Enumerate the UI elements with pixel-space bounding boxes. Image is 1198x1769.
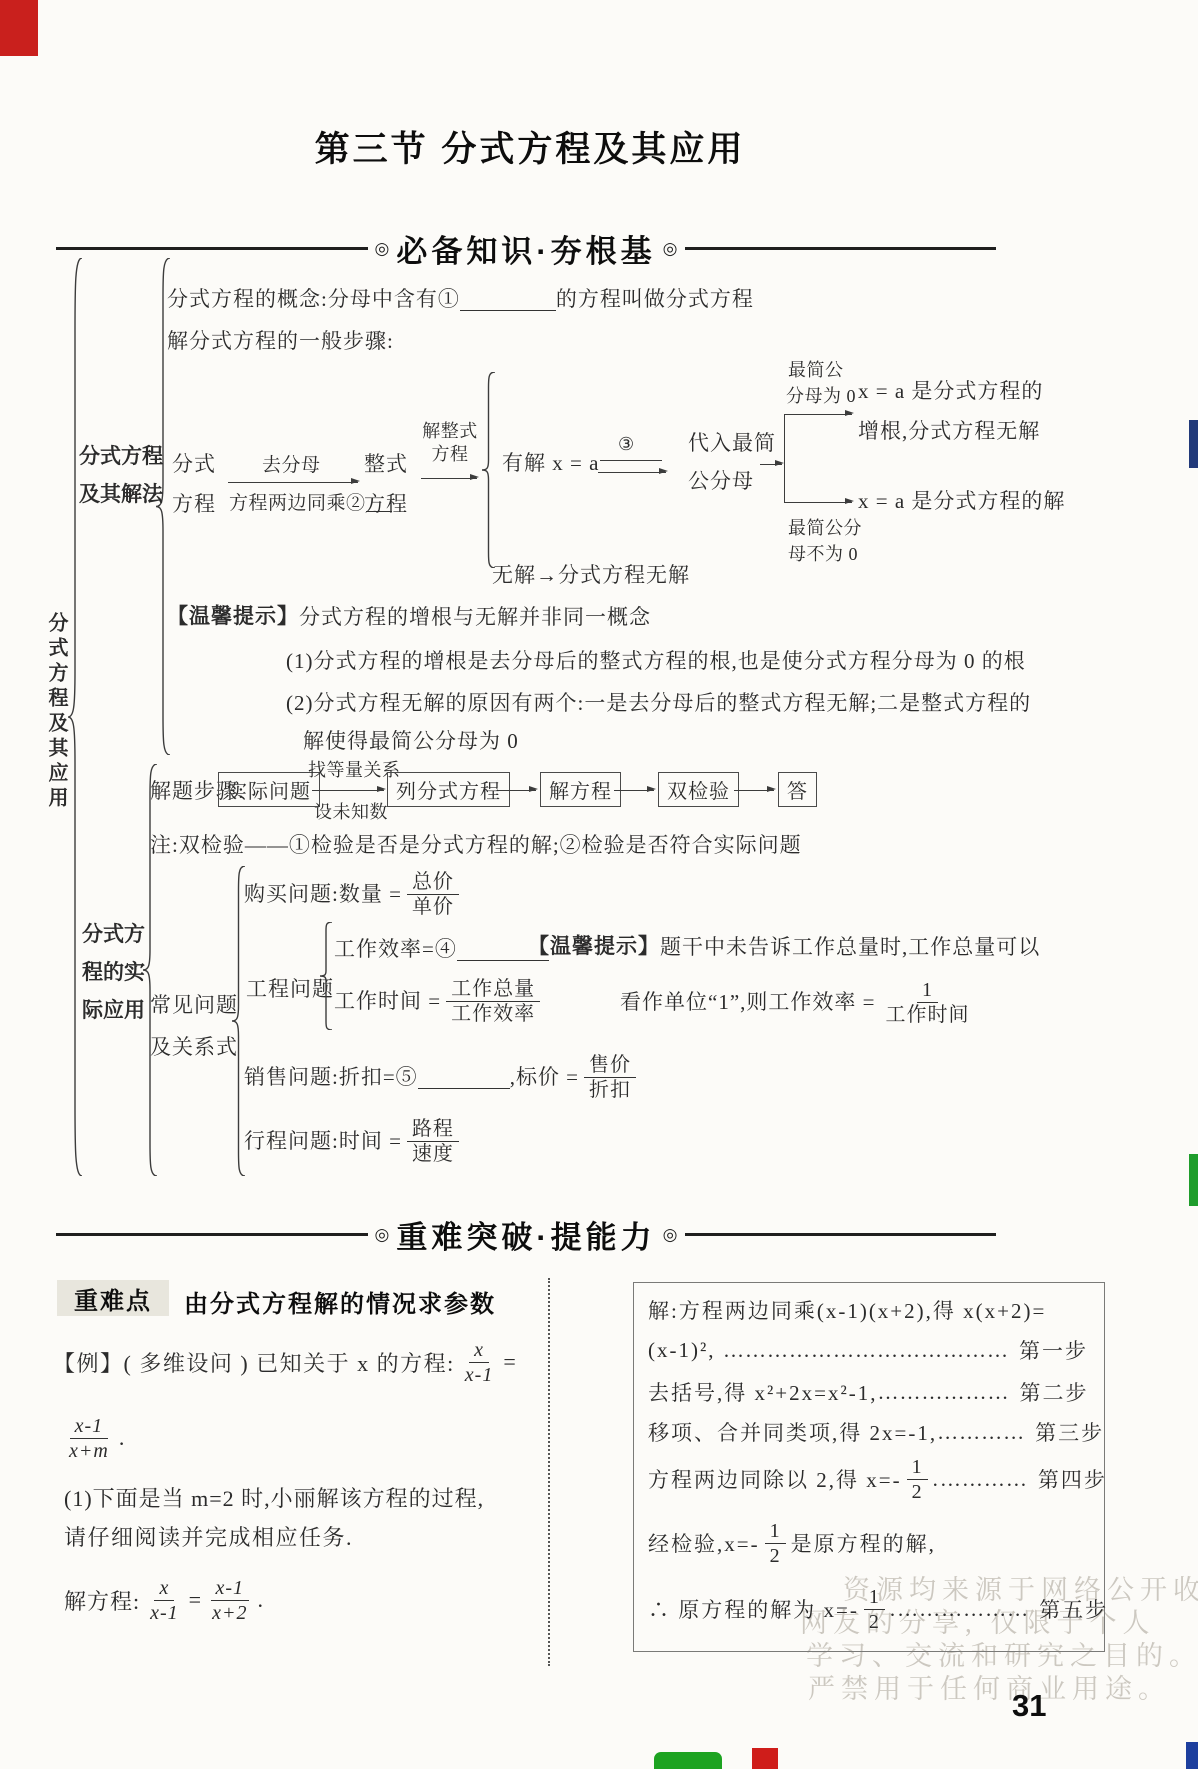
banner-title: 必备知识·夯根基 [396,226,655,271]
work-time-row: 工作时间 = 工作总量 工作效率 [334,972,545,1030]
branch2-brace [143,764,157,1176]
double-check-note: 注:双检验——①检验是否是分式方程的解;②检验是否符合实际问题 [150,832,802,858]
fraction: x-1 x+m [64,1414,114,1463]
fraction-denominator: 速度 [407,1142,459,1166]
solution-line-3: 去括号,得 x²+2x=x²-1, ……………… 第二步 [648,1377,1088,1407]
solution-math: 去括号,得 x²+2x=x²-1, [648,1377,878,1407]
buy-problem-text: 购买问题:数量 = [244,881,402,907]
fraction: 售价 折扣 [584,1053,636,1102]
flow-arrow-up-branch [784,414,852,415]
flow-box-real-problem: 实际问题 [218,772,320,807]
tip-item-1: (1)分式方程的增根是去分母后的整式方程的根,也是使分式方程分母为 0 的根 [286,648,1026,674]
fraction-denominator: 工作时间 [880,1003,974,1027]
fraction-numerator: x [154,1576,174,1601]
fraction-denominator: x-1 [145,1601,184,1625]
split-vertical-line [784,414,785,503]
flow-box-solve: 解方程 [540,772,621,807]
fraction-numerator: 工作总量 [446,977,540,1002]
fraction-denominator: x-1 [460,1363,499,1387]
period: . [933,1467,940,1492]
tip-tag: 【温馨提示】 [167,604,299,630]
node-line: 分式 [172,444,216,484]
branch2-label: 分式方 程的实 际应用 [82,916,145,1030]
node-line: 整式 [364,444,408,484]
solution-math: 方程两边同除以 2,得 x=- [648,1464,902,1494]
dot-leader: ………… [937,1420,1025,1445]
banner-ring-icon: ◎ [375,239,390,259]
common-problems-label: 常见问题 及关系式 [150,984,238,1068]
concept-line: 分式方程的概念:分母中含有① 的方程叫做分式方程 [167,286,754,312]
trip-text: 行程问题:时间 = [244,1128,402,1154]
step-label: 第一步 [1019,1335,1088,1365]
fraction-numerator: 售价 [584,1053,636,1078]
logo-green-shape [654,1752,722,1769]
fraction-denominator: x+m [64,1439,114,1463]
edge-green-mark [1189,1154,1198,1206]
fraction-denominator: 折扣 [584,1078,636,1102]
fraction-denominator: x+2 [207,1601,252,1625]
tip-item-2b: 解使得最简公分母为 0 [303,728,519,754]
flow-node-substitute-lcd: 代入最简 公分母 [688,424,776,500]
corner-red-mark [0,0,38,56]
flow-arrow [421,478,477,479]
step-label: 第三步 [1035,1417,1104,1447]
branch1-label-line2: 及其解法 [79,476,163,514]
tip-tag: 【温馨提示】 [528,934,660,960]
fraction: 1 2 [907,1455,928,1504]
key-point-badge: 重难点 [57,1280,169,1316]
tip-item-2: (2)分式方程无解的原因有两个:一是去分母后的整式方程无解;二是整式方程的 [286,690,1031,716]
flow-box-set-equation: 列分式方程 [387,772,510,807]
logo-blue-shape [1186,1742,1198,1769]
logo-red-shape [752,1748,778,1769]
task-line-1: (1)下面是当 m=2 时,小丽解该方程的过程, [64,1482,484,1513]
tip-text: 分式方程的增根与无解并非同一概念 [299,604,651,630]
fraction: 路程 速度 [407,1117,459,1166]
flow-arrow [228,482,358,483]
solution-line-4: 移项、合并同类项,得 2x=-1, ………… 第三步 [648,1417,1088,1447]
banner-line [56,247,368,250]
flow-arrow [498,790,536,791]
solution-line-5: 方程两边同除以 2,得 x=- 1 2 . ………… 第四步 [648,1451,1088,1507]
fraction-numerator: 1 [765,1519,786,1544]
fraction-numerator: 路程 [407,1117,459,1142]
key-point-topic: 由分式方程解的情况求参数 [184,1284,496,1319]
branch1-label-line1: 分式方程 [79,438,163,476]
arrow2-label: 解整式 方程 [412,420,488,466]
column-divider [548,1278,550,1666]
fill-blank-line [600,460,662,461]
solution-line-6: 经检验,x=- 1 2 是原方程的解, [648,1515,936,1571]
dot-leader: ……………… [878,1380,1010,1405]
fraction-denominator: 2 [864,1610,885,1634]
solve-label: 解方程: [64,1585,140,1616]
banner-title: 重难突破·提能力 [396,1212,655,1257]
fraction-denominator: 工作效率 [446,1002,540,1026]
arrow1-top-label: 去分母 [262,450,321,477]
up-branch-result-line2: 增根,分式方程无解 [858,418,1040,444]
steps-arrow-bottom-label: 设未知数 [314,798,388,824]
equals-sign: = [503,1349,517,1375]
outcome-brace [482,372,495,568]
node-line: 方程 [172,484,216,524]
fraction: 总价 单价 [407,870,459,919]
up-branch-result-line1: x = a 是分式方程的 [858,378,1043,404]
fraction-numerator: x-1 [211,1576,250,1601]
solution-math: ∴ 原方程的解为 x=- [648,1594,859,1624]
page-number: 31 [1012,1688,1046,1724]
solution-math: 是原方程的解, [791,1528,936,1558]
section-banner-knowledge: ◎ 必备知识·夯根基 ◎ [56,226,996,271]
common-label-line2: 及关系式 [150,1026,238,1068]
trip-problem-row: 行程问题:时间 = 路程 速度 [244,1112,464,1170]
solution-box: 解:方程两边同乘(x-1)(x+2),得 x(x+2)= (x-1)², ………… [633,1282,1105,1652]
arrow3-circled-label: ③ [618,434,635,455]
flow-node-integral-eq: 整式 方程 [364,444,408,524]
steps-intro: 解分式方程的一般步骤: [167,328,394,354]
solution-math: 移项、合并同类项,得 2x=-1, [648,1417,937,1447]
dot-leader: ………… [940,1467,1028,1492]
fraction: 工作总量 工作效率 [446,977,540,1026]
node-line: 方程 [364,484,408,524]
efficiency-row: 工作效率=④ [334,936,549,962]
fill-blank [460,288,556,311]
solution-line-7: ∴ 原方程的解为 x=- 1 2 . ……………… 第五步 [648,1581,1088,1637]
period: . [257,1587,264,1613]
down-branch-condition-line2: 母不为 0 [788,540,858,566]
period: . [119,1425,125,1451]
tip2-line1: 题干中未告诉工作总量时,工作总量可以 [660,934,1040,960]
step-label: 第五步 [1039,1594,1108,1624]
example-text: 【例】( 多维设问 ) 已知关于 x 的方程: [53,1347,455,1378]
node-line: 代入最简 [688,424,776,462]
example-line: 【例】( 多维设问 ) 已知关于 x 的方程: x x-1 = [53,1330,517,1394]
concept-suffix: 的方程叫做分式方程 [556,286,754,312]
banner-ring-icon: ◎ [663,1225,678,1245]
branch2-label-line1: 分式方 [82,916,145,954]
banner-line [685,247,997,250]
arrow1-bottom-text: 方程两边同乘② [229,488,366,515]
branch2-label-line2: 程的实 [82,954,145,992]
flow-arrow [614,790,654,791]
fraction-denominator: 单价 [407,895,459,919]
fraction-numerator: x [469,1338,489,1363]
flow-node-fractional-eq: 分式 方程 [172,444,216,524]
flow-arrow [312,790,384,791]
solution-line-2: (x-1)², ………………………………… 第一步 [648,1335,1088,1365]
arrow2-label-line: 方程 [412,443,488,466]
tip2-line2: 看作单位“1”,则工作效率 = [620,989,875,1015]
fraction-numerator: x-1 [70,1414,109,1439]
fraction-denominator: 2 [907,1480,928,1504]
map-root-label: 分式方程及其应用 [42,612,71,812]
step-label: 第二步 [1020,1377,1089,1407]
flow-box-double-check: 双检验 [658,772,739,807]
project-brace [320,922,332,1030]
banner-ring-icon: ◎ [375,1225,390,1245]
fraction: 1 2 [765,1519,786,1568]
up-branch-condition-line2: 分母为 0 [786,382,856,408]
efficiency-text: 工作效率=④ [334,936,457,962]
equals-sign: = [189,1587,202,1613]
flow-box-answer: 答 [778,772,817,807]
section-banner-breakthrough: ◎ 重难突破·提能力 ◎ [56,1212,996,1257]
down-branch-condition-line1: 最简公分 [788,514,862,540]
solve-equation-line: 解方程: x x-1 = x-1 x+2 . [64,1568,264,1632]
fraction-numerator: 1 [907,1455,928,1480]
down-branch-result: x = a 是分式方程的解 [858,488,1065,514]
banner-ring-icon: ◎ [663,239,678,259]
fraction: x-1 x+2 [207,1576,252,1625]
step-label: 第四步 [1038,1464,1107,1494]
flow-arrow [760,464,782,465]
work-time-text: 工作时间 = [334,988,441,1014]
fraction: x x-1 [460,1338,499,1387]
flow-arrow [734,790,774,791]
solution-math: (x-1)², [648,1338,716,1363]
dot-leader: ………………………………… [723,1338,1009,1363]
dot-leader: ……………… [897,1597,1029,1622]
branch2-label-line3: 际应用 [82,992,145,1030]
up-branch-condition-line1: 最简公 [788,356,844,382]
node-line: 公分母 [688,462,776,500]
fraction-numerator: 1 [864,1585,885,1610]
branch1-label: 分式方程 及其解法 [79,438,163,514]
fraction-denominator: 2 [765,1544,786,1568]
has-solution-label: 有解 x = a [502,450,599,476]
tip2-line2-row: 看作单位“1”,则工作效率 = 1 工作时间 [620,974,979,1030]
common-label-line1: 常见问题 [150,984,238,1026]
solution-line-1: 解:方程两边同乘(x-1)(x+2),得 x(x+2)= [648,1295,1046,1325]
concept-prefix: 分式方程的概念:分母中含有① [167,286,460,312]
task-line-2: 请仔细阅读并完成相应任务. [64,1521,353,1552]
tip-block-2: 【温馨提示】 题干中未告诉工作总量时,工作总量可以 [528,934,1040,960]
watermark-line: 严禁用于任何商业用途。 [808,1667,1171,1706]
sale-text: 销售问题:折扣=⑤ [244,1064,418,1090]
tip-block-1: 【温馨提示】 分式方程的增根与无解并非同一概念 [167,604,651,630]
example-fraction2-line: x-1 x+m . [64,1408,124,1468]
solution-math: 经检验,x=- [648,1528,760,1558]
flow-arrow-down-branch [784,502,852,503]
edge-navy-mark [1189,420,1198,468]
banner-line [56,1233,368,1236]
no-solution-line: 无解→分式方程无解 [492,562,690,588]
fraction: 1 2 [864,1585,885,1634]
fraction-numerator: 1 [917,978,938,1003]
textbook-page: 资源均来源于网络公开收集及 网友的分享, 仅限于个人 学习、交流和研究之目的。 … [0,0,1198,1769]
buy-problem-row: 购买问题:数量 = 总价 单价 [244,866,464,922]
fill-blank [418,1065,510,1088]
sale-problem-row: 销售问题:折扣=⑤ ,标价 = 售价 折扣 [244,1048,641,1106]
arrow2-label-line: 解整式 [412,420,488,443]
fraction: x x-1 [145,1576,184,1625]
fraction: 1 工作时间 [880,978,974,1027]
page-title: 第三节 分式方程及其应用 [0,122,1060,172]
flow-arrow [598,472,666,473]
sale-text2: ,标价 = [510,1064,579,1090]
period: . [890,1597,897,1622]
banner-line [685,1233,997,1236]
fraction-numerator: 总价 [407,870,459,895]
